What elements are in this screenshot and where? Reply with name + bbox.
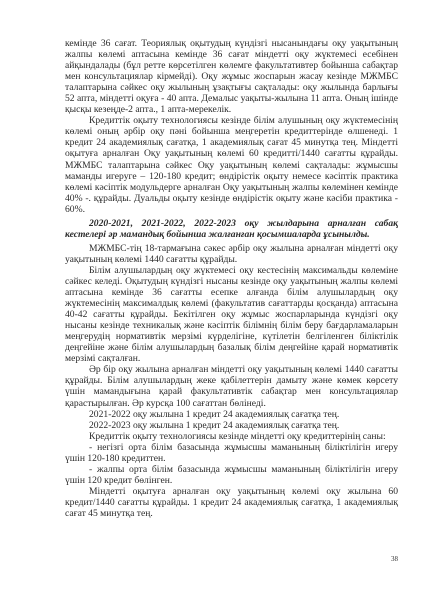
document-page-body: кемінде 36 сағат. Теориялық оқытудың күн… [65, 38, 398, 519]
paragraph-mzhmbs-18: МЖМБС-тің 18-тармағына сәкес әрбір оқу ж… [65, 243, 398, 265]
list-item-general-secondary: - жалпы орта білім базасында жұмысшы мам… [65, 464, 398, 486]
paragraph-2022-2023: 2022-2023 оқу жылына 1 кредит 24 академи… [65, 420, 398, 431]
paragraph-credit-technology: Кредиттік оқыту технологиясы кезінде біл… [65, 115, 398, 214]
paragraph-student-load: Білім алушылардың оқу жүктемесі оқу кест… [65, 265, 398, 364]
paragraph-mandatory-training: Міндетті оқытуға арналған оқу уақытының … [65, 486, 398, 519]
list-item-basic-secondary: - негізгі орта білім базасында жұмысшы м… [65, 442, 398, 464]
paragraph-annual-hours: Әр бір оқу жылына арналған міндетті оқу … [65, 364, 398, 408]
paragraph-study-time: кемінде 36 сағат. Теориялық оқытудың күн… [65, 38, 398, 115]
paragraph-schedules-heading: 2020-2021, 2021-2022, 2022-2023 оқу жылд… [65, 218, 398, 240]
page-number: 38 [391, 555, 398, 563]
paragraph-credit-count: Кредиттік оқыту технологиясы кезінде мін… [65, 431, 398, 442]
paragraph-2021-2022: 2021-2022 оқу жылына 1 кредит 24 академи… [65, 409, 398, 420]
